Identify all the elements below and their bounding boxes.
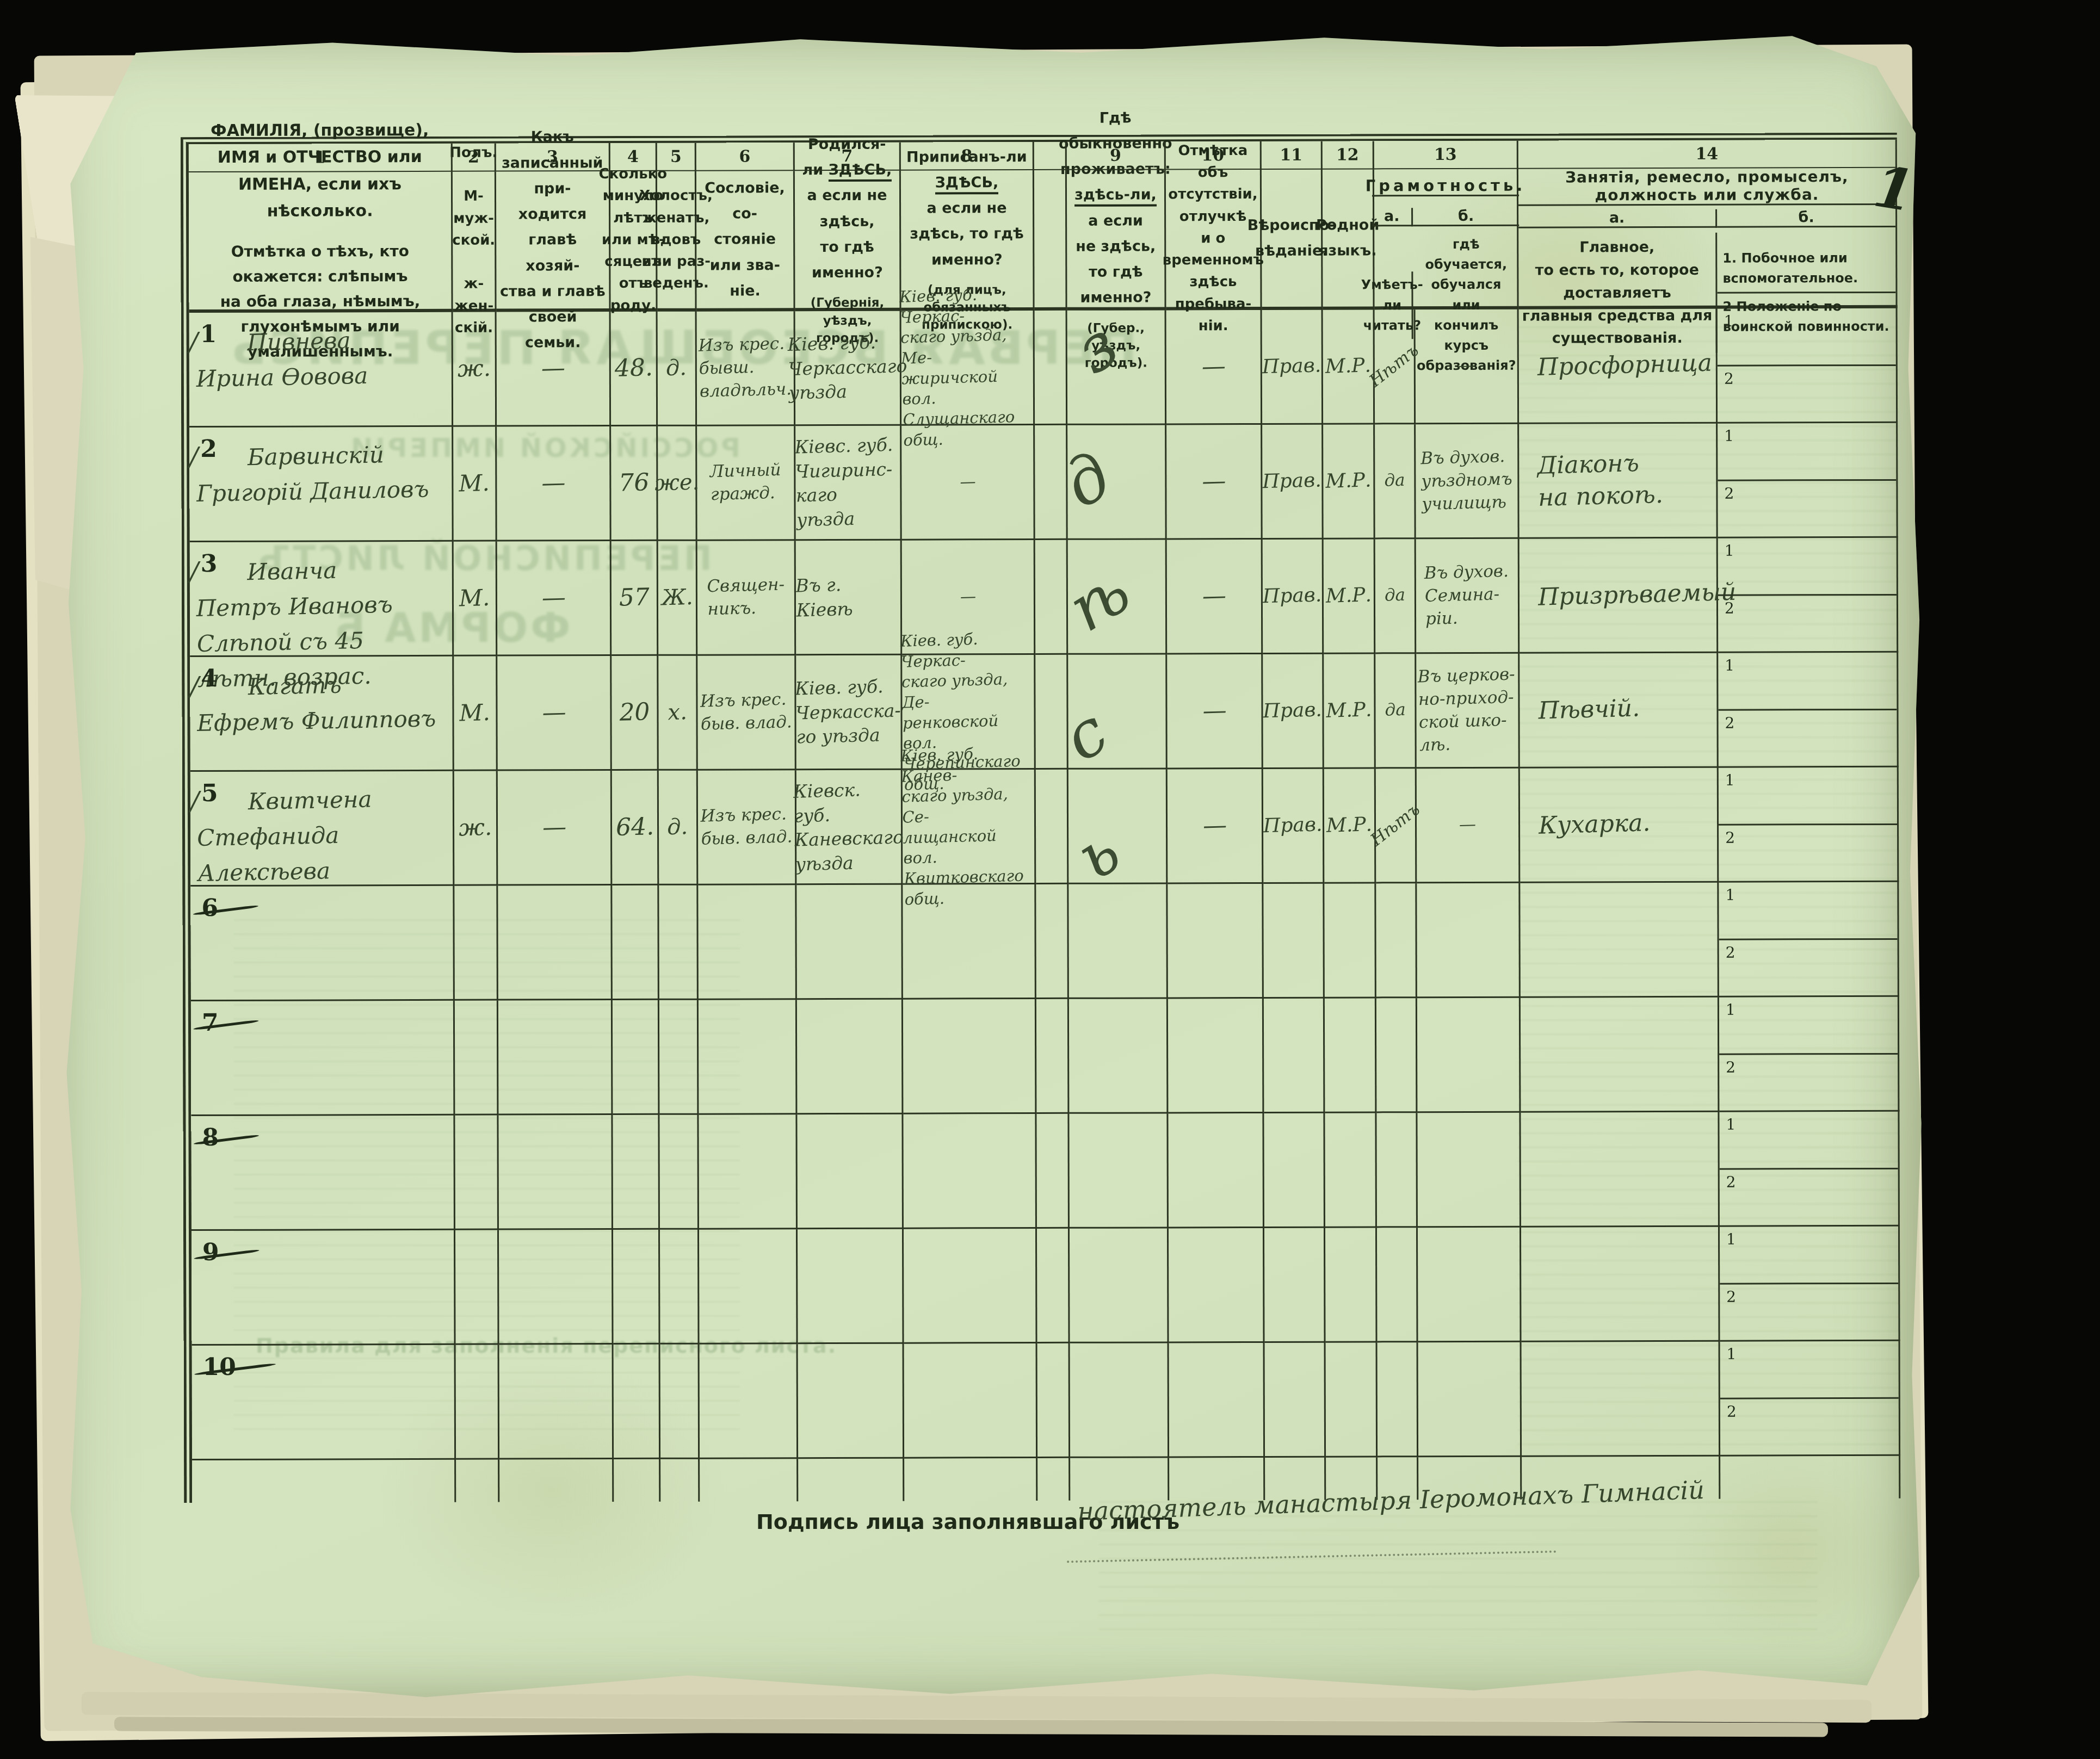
row-4-born: Кіев. губ. Черкасска- го уѣзда [796, 655, 903, 771]
row-9-gap [1037, 1229, 1070, 1343]
row-4-age: 20 [612, 656, 659, 771]
row-10-registered [904, 1343, 1038, 1459]
row-10-marital [660, 1345, 700, 1459]
row-7-occupation [1521, 998, 1720, 1113]
row-number: 9 [202, 1238, 219, 1266]
row-1-sex: ж. [453, 312, 497, 427]
row-5-age: 64. [612, 771, 659, 885]
cell-value-marital: х. [668, 697, 688, 727]
row-10-relation [499, 1345, 614, 1460]
row-9-born [798, 1229, 904, 1345]
cell-value-absence: — [1202, 809, 1227, 843]
row-9-language [1325, 1228, 1378, 1342]
column-number-8: 8 [901, 142, 1034, 171]
column-number-9: 9 [1067, 141, 1166, 170]
person-name: Кагатъ Ефремъ Филипповъ [189, 654, 453, 741]
cell-value-age: 57 [619, 581, 650, 615]
row-5-born: Кіевск. губ. Каневскаго уѣзда [796, 770, 903, 885]
row-4-marital: х. [658, 656, 698, 771]
row-5-occupation: Кухарка. [1520, 768, 1719, 883]
row-9-estate [699, 1229, 798, 1344]
column-number-4: 4 [610, 143, 657, 171]
cell-value-born: Кіев. губ. Черкасскаго уѣзда [787, 330, 908, 406]
side-sub-cell-1: 1 [1718, 653, 1897, 710]
row-1-reads: Нѣтъ [1375, 309, 1416, 424]
census-table: ФАМИЛІЯ, (прозвище), ИМЯ и ОТЧЕСТВО или … [181, 133, 1901, 1503]
side-sub-label: 1 [1725, 542, 1734, 560]
row-9-education [1418, 1228, 1522, 1342]
side-sub-cell-2: 2 [1720, 1284, 1898, 1340]
row-8-religion [1264, 1113, 1325, 1228]
cell-value-born: Кіев. губ. Черкасска- го уѣзда [795, 674, 902, 750]
row-6-religion [1263, 884, 1325, 999]
row-4-education: Въ церков- но-приход- ской шко- лѣ. [1416, 654, 1520, 769]
column-number-7: 7 [795, 143, 901, 171]
cell-value-religion: Прав. [1262, 352, 1322, 381]
row-6-marital [659, 885, 699, 1000]
row-2-registered: — [901, 425, 1035, 541]
column-number-10: 10 [1166, 141, 1262, 170]
column-header-religion: Вѣроиспо- вѣданіе. [1262, 170, 1323, 310]
row-8-occupation [1521, 1112, 1720, 1228]
column-header-relation: Какъ записанный при- ходится главѣ хозяй… [496, 171, 611, 312]
row-7-reads [1376, 998, 1418, 1113]
row-4-language: М.Р. [1324, 654, 1376, 769]
row-3-born: Въ г. Кіевѣ [796, 541, 903, 656]
row-2-born: Кіевс. губ. Чигиринс- каго уѣзда [795, 426, 902, 541]
header-occupation-b1: 1. Побочное или вспомогательное. [1717, 245, 1895, 294]
cell-value-relation: — [541, 696, 566, 729]
cell-value-language: М.Р. [1325, 352, 1371, 380]
row-5-relation: — [498, 771, 613, 886]
column-stub [1720, 1456, 1900, 1499]
row-7-estate [699, 1000, 798, 1114]
cell-value-relation: — [541, 581, 566, 615]
row-2-religion: Прав. [1262, 425, 1324, 540]
row-6-occupation [1520, 883, 1719, 998]
row-3-religion: Прав. [1263, 540, 1324, 654]
row-10-gap [1037, 1343, 1071, 1458]
cell-value-reads: да [1385, 699, 1406, 722]
row-8-language [1325, 1113, 1377, 1228]
side-sub-cell-1: 1 [1719, 997, 1898, 1055]
side-sub-cell-2: 2 [1718, 366, 1896, 422]
cell-value-relation: — [541, 352, 566, 385]
row-1-born: Кіев. губ. Черкасскаго уѣзда [795, 311, 902, 426]
cell-value-registered: — [960, 586, 976, 607]
cell-value-age: 76 [618, 467, 650, 500]
cell-value-occupation: Пѣвчій. [1520, 692, 1640, 728]
side-sub-label: 2 [1725, 714, 1735, 732]
cell-value-language: М.Р. [1326, 697, 1372, 724]
side-sub-label: 1 [1725, 656, 1734, 674]
row-10-reads [1378, 1342, 1419, 1457]
cell-value-reads: да [1384, 584, 1405, 608]
row-10-side-cell: 12 [1720, 1341, 1901, 1457]
row-10-sex [456, 1345, 500, 1460]
row-10-born [798, 1344, 905, 1459]
column-header-spacer [1034, 170, 1067, 311]
row-8-resides [1069, 1113, 1169, 1228]
row-7-relation [498, 1000, 613, 1116]
header-res-here: здѣсь-ли, [1074, 187, 1157, 207]
cell-value-language: М.Р. [1325, 467, 1372, 495]
row-7-side-cell: 12 [1719, 997, 1900, 1112]
row-3-name-cell: ∕3Иванча Петръ Ивановъ Слѣпой съ 45 лѣтн… [190, 542, 454, 657]
row-2-age: 76 [611, 426, 658, 541]
row-8-absence [1168, 1113, 1264, 1228]
cell-value-age: 64. [615, 810, 654, 844]
row-10-education [1418, 1342, 1522, 1457]
row-8-side-cell: 12 [1719, 1112, 1900, 1227]
cell-value-religion: Прав. [1263, 582, 1323, 610]
side-sub-label: 1 [1724, 312, 1734, 330]
row-7-registered [903, 999, 1037, 1114]
row-8-estate [699, 1114, 798, 1229]
side-sub-label: 1 [1725, 886, 1735, 904]
row-4-relation: — [497, 656, 612, 771]
row-6-sex [454, 886, 498, 1001]
column-stub [904, 1458, 1037, 1501]
cell-value-occupation: Просфорница [1518, 347, 1713, 385]
row-1-absence: — [1166, 310, 1263, 425]
column-header-birthplace: Родился-ли ЗДѢСЬ, а если не здѣсь, то гд… [795, 171, 901, 312]
row-2-occupation: Діаконъ на покоѣ. [1519, 424, 1718, 539]
side-sub-cell-2: 2 [1720, 1169, 1898, 1225]
header-literacy-title: Грамотность. [1372, 176, 1519, 196]
cell-value-marital: Ж. [661, 583, 693, 613]
row-number: 6 [201, 894, 218, 922]
row-3-side-cell: 12 [1718, 538, 1899, 653]
row-number: 8 [202, 1124, 219, 1151]
row-8-gap [1036, 1114, 1070, 1229]
row-8-education [1417, 1113, 1521, 1228]
row-3-estate: Священ- никъ. [697, 541, 796, 655]
resides-overlay-letter: ѣ [1058, 557, 1140, 641]
side-sub-cell-1: 1 [1720, 1227, 1898, 1284]
cell-value-sex: ж. [457, 353, 491, 385]
side-sub-label: 2 [1725, 599, 1734, 617]
row-10-religion [1265, 1343, 1326, 1458]
header-occupation-title: Занятія, ремесло, промыселъ, должность и… [1518, 167, 1895, 206]
row-1-occupation: Просфорница [1519, 309, 1718, 424]
cell-value-absence: — [1201, 350, 1226, 383]
row-8-reads [1376, 1113, 1418, 1228]
cell-value-occupation: Діаконъ на покоѣ. [1518, 446, 1664, 515]
row-7-sex [455, 1001, 499, 1116]
column-header-estate: Сословіе, со- стояніе или зва- ніе. [696, 171, 795, 311]
row-7-age [613, 1000, 660, 1115]
row-3-marital: Ж. [658, 541, 698, 656]
side-sub-cell-1: 1 [1718, 538, 1897, 596]
row-4-religion: Прав. [1263, 654, 1324, 769]
row-5-name-cell: ∕5Квитчена Стефанида Алексѣева [190, 771, 455, 887]
row-4-side-cell: 12 [1718, 653, 1899, 768]
side-sub-label: 2 [1726, 1287, 1736, 1305]
cell-value-sex: М. [459, 583, 490, 614]
row-7-religion [1264, 999, 1325, 1113]
census-sheet-page: ПЕРВАЯ ВСЕОБЩАЯ ПЕРЕПИСЬ РОССІЙСКОЙ ИМПЕ… [52, 33, 1923, 1711]
row-5-language: М.Р. [1324, 769, 1376, 883]
row-5-sex: ж. [454, 771, 498, 886]
column-number-12: 12 [1323, 141, 1374, 169]
side-sub-cell-1: 1 [1718, 308, 1896, 366]
row-1-education: — [1416, 309, 1520, 424]
row-5-absence: — [1168, 769, 1264, 884]
row-2-side-cell: 12 [1718, 423, 1898, 538]
side-sub-label: 2 [1726, 943, 1735, 961]
column-number-5: 5 [657, 143, 696, 171]
cell-value-marital: же. [654, 468, 699, 498]
side-sub-cell-1: 1 [1719, 1112, 1898, 1169]
row-9-registered [904, 1229, 1037, 1344]
row-4-occupation: Пѣвчій. [1520, 653, 1719, 769]
row-3-relation: — [497, 541, 612, 656]
row-10-language [1326, 1342, 1378, 1457]
cell-value-religion: Прав. [1263, 697, 1323, 725]
column-number-6: 6 [696, 143, 795, 171]
row-7-born [797, 1000, 904, 1115]
side-sub-cell-1: 1 [1718, 423, 1896, 481]
column-stub [700, 1459, 798, 1501]
row-5-estate: Изъ крес. быв. влад. [698, 770, 797, 885]
side-sub-cell-2: 2 [1719, 825, 1897, 881]
side-sub-label: 1 [1726, 1230, 1736, 1248]
row-5-reads: Нѣтъ [1376, 769, 1417, 883]
row-6-estate [698, 885, 797, 1000]
row-6-gap [1036, 884, 1069, 999]
side-sub-cell-2: 2 [1719, 939, 1898, 995]
cell-value-age: 48. [614, 351, 653, 385]
cell-value-education: Въ духов. уѣздномъ училищѣ [1420, 445, 1514, 516]
row-5-education: — [1417, 769, 1521, 883]
row-6-side-cell: 12 [1719, 882, 1899, 998]
row-9-marital [660, 1230, 700, 1345]
cell-value-estate: Личный гражд. [709, 459, 782, 506]
side-sub-label: 1 [1724, 427, 1734, 445]
cell-value-education: Въ церков- но-приход- ской шко- лѣ. [1417, 664, 1517, 757]
column-number-2: 2 [453, 144, 496, 172]
side-sub-cell-2: 2 [1718, 710, 1897, 766]
header-born-rest: а если не здѣсь, то гдѣ именно? [798, 183, 896, 286]
scanned-book-stage: ПЕРВАЯ ВСЕОБЩАЯ ПЕРЕПИСЬ РОССІЙСКОЙ ИМПЕ… [0, 0, 2100, 1759]
row-8-marital [659, 1115, 699, 1230]
cell-value-registered: — [959, 472, 975, 492]
side-sub-cell-2: 2 [1718, 595, 1897, 651]
row-4-estate: Изъ крес. быв. влад. [697, 655, 796, 770]
row-7-gap [1036, 999, 1070, 1114]
handwritten-page-number: 11 [1869, 152, 1964, 232]
column-header-name: ФАМИЛІЯ, (прозвище), ИМЯ и ОТЧЕСТВО или … [189, 172, 453, 313]
row-8-registered [903, 1114, 1037, 1229]
row-8-born [797, 1114, 904, 1230]
cell-value-born: Кіевс. губ. Чигиринс- каго уѣзда [794, 432, 901, 532]
row-7-marital [659, 1000, 699, 1115]
column-number-1: 1 [189, 144, 453, 172]
row-5-religion: Прав. [1263, 769, 1325, 884]
cell-value-relation: — [541, 467, 566, 500]
row-1-age: 48. [611, 312, 658, 426]
side-sub-cell-1: 1 [1719, 767, 1897, 825]
row-6-education [1417, 883, 1521, 998]
row-4-name-cell: ∕4Кагатъ Ефремъ Филипповъ [190, 656, 454, 772]
cell-value-religion: Прав. [1262, 467, 1322, 496]
row-7-absence [1168, 999, 1264, 1113]
column-header-literacy: Грамотность. а. б. Умѣетъ- ли читать? гд… [1374, 169, 1519, 310]
column-header-sex: Полъ. М-муж- ской. ж-жен- скій. [453, 172, 497, 312]
side-sub-cell-1: 1 [1720, 1341, 1899, 1399]
header-literacy-a-label: а. [1372, 208, 1413, 226]
row-9-age [613, 1230, 660, 1345]
cell-value-absence: — [1202, 580, 1227, 613]
row-6-age [612, 885, 659, 1000]
row-5-registered: Кіев. губ. Канев- скаго уѣзда, Се- лищан… [903, 770, 1036, 885]
side-sub-label: 2 [1726, 1173, 1736, 1191]
row-number: 10 [203, 1353, 236, 1381]
cell-value-language: М.Р. [1326, 812, 1372, 839]
row-9-religion [1264, 1228, 1326, 1343]
side-sub-cell-2: 2 [1720, 1398, 1899, 1454]
row-4-absence: — [1167, 654, 1263, 769]
row-9-resides [1070, 1228, 1169, 1343]
row-5-side-cell: 12 [1719, 767, 1899, 883]
row-6-registered [903, 884, 1036, 1000]
side-sub-cell-1: 1 [1719, 882, 1897, 940]
cell-value-religion: Прав. [1263, 812, 1323, 840]
row-2-reads: да [1375, 424, 1416, 539]
column-number-11: 11 [1262, 141, 1323, 170]
side-sub-cell-2: 2 [1719, 1054, 1898, 1110]
side-sub-label: 2 [1724, 484, 1734, 502]
side-sub-label: 2 [1726, 1058, 1735, 1076]
header-reg-here: ЗДѢСЬ, [935, 174, 999, 194]
row-1-relation: — [497, 312, 612, 427]
column-stub [614, 1459, 660, 1502]
cell-value-age: 20 [619, 696, 650, 729]
row-7-education [1417, 998, 1521, 1113]
row-10-age [614, 1345, 661, 1459]
row-3-language: М.Р. [1324, 539, 1376, 654]
row-8-age [613, 1115, 660, 1230]
row-8-relation [498, 1115, 613, 1230]
row-2-name-cell: ∕2Барвинскій Григорій Даниловъ [189, 427, 454, 542]
row-1-language: М.Р. [1323, 309, 1375, 424]
row-3-age: 57 [612, 541, 659, 656]
cell-value-estate: Изъ крес. быв. влад. [700, 803, 793, 851]
row-4-reads: да [1375, 654, 1417, 769]
row-1-religion: Прав. [1262, 310, 1324, 425]
resides-overlay-letter: ь [1066, 817, 1130, 890]
column-number-13: 13 [1374, 141, 1518, 170]
cell-value-born: Кіевск. губ. Каневскаго уѣзда [793, 777, 905, 877]
cell-value-estate: Изъ крес. быв. влад. [700, 688, 793, 736]
row-9-relation [499, 1230, 614, 1345]
cell-value-occupation: Призрѣваемый [1519, 576, 1737, 614]
row-2-estate: Личный гражд. [697, 426, 796, 541]
column-header-marital: Холостъ, женатъ, вдовъ или раз- веденъ. [657, 171, 697, 312]
header-res-rest: а если не здѣсь, то гдѣ именно? [1076, 212, 1156, 306]
column-stub [798, 1459, 904, 1502]
row-10-name-cell: 10 [192, 1345, 456, 1460]
cell-value-born: Въ г. Кіевѣ [795, 572, 901, 623]
cell-value-language: М.Р. [1325, 582, 1372, 610]
person-name: Квитчена Стефанида Алексѣева [189, 769, 454, 891]
row-4-sex: М. [454, 656, 498, 771]
column-stub [1037, 1458, 1070, 1501]
row-7-language [1325, 998, 1377, 1113]
column-stub [192, 1460, 456, 1503]
column-stub [499, 1459, 614, 1502]
row-9-name-cell: 9 [192, 1230, 456, 1346]
cell-value-sex: ж. [458, 812, 492, 844]
row-3-education: Въ духов. Семина- ріи. [1416, 539, 1520, 654]
row-5-marital: д. [659, 771, 699, 885]
row-number: 7 [202, 1009, 219, 1037]
row-9-reads [1377, 1228, 1418, 1342]
row-1-estate: Изъ крес. бывш. владѣльч. [697, 311, 796, 426]
column-number-3: 3 [496, 143, 610, 172]
row-9-sex [455, 1230, 499, 1345]
row-6-absence [1168, 884, 1264, 999]
cell-value-education: — [1459, 814, 1476, 837]
row-6-reads [1376, 883, 1417, 998]
cell-value-absence: — [1202, 695, 1227, 728]
cell-value-relation: — [542, 811, 567, 844]
row-6-name-cell: 6 [190, 886, 455, 1001]
row-1-name-cell: ∕1Пивнева Ирина Ѳовова [189, 312, 454, 428]
side-sub-label: 2 [1727, 1402, 1737, 1420]
row-10-estate [700, 1344, 799, 1459]
resides-overlay-letter: д [1053, 442, 1121, 518]
row-10-resides [1070, 1343, 1170, 1458]
row-6-language [1324, 883, 1376, 998]
resides-overlay-letter: з [1064, 311, 1128, 384]
cell-value-marital: д. [666, 353, 688, 383]
row-1-registered: Кіев. губ. Черкас- скаго уѣзда, Ме- жири… [901, 311, 1035, 426]
column-number-spacer [1034, 142, 1067, 170]
cell-value-estate: Изъ крес. бывш. владѣльч. [699, 332, 792, 403]
side-sub-label: 1 [1725, 771, 1735, 789]
header-literacy-b-label: б. [1413, 208, 1519, 227]
header-occupation-b-label: б. [1717, 209, 1895, 228]
person-name: Пивнева Ирина Ѳовова [188, 310, 452, 397]
header-occupation-a-label: а. [1518, 209, 1717, 228]
row-1-marital: д. [658, 312, 697, 426]
row-2-sex: М. [453, 427, 497, 542]
column-stub [660, 1459, 700, 1502]
row-9-absence [1169, 1228, 1265, 1343]
cell-value-occupation: Кухарка. [1520, 807, 1651, 843]
row-2-language: М.Р. [1323, 424, 1375, 539]
row-10-occupation [1522, 1342, 1721, 1457]
column-stub [456, 1460, 499, 1502]
cell-value-estate: Священ- никъ. [707, 574, 786, 622]
row-2-marital: же. [658, 426, 697, 541]
column-header-occupation: Занятія, ремесло, промыселъ, должность и… [1518, 168, 1898, 309]
column-number-14: 14 [1518, 140, 1897, 169]
row-6-relation [498, 885, 613, 1001]
row-1-side-cell: 12 [1718, 308, 1898, 424]
row-9-occupation [1521, 1227, 1720, 1342]
row-6-born [796, 885, 903, 1000]
row-3-reads: да [1375, 539, 1417, 654]
cell-value-marital: д. [667, 812, 689, 842]
side-sub-label: 2 [1724, 369, 1734, 387]
side-sub-label: 1 [1726, 1116, 1735, 1134]
resides-here-overlay: здѣсь [1045, 315, 1148, 887]
cell-value-sex: М. [459, 468, 490, 499]
row-2-relation: — [497, 426, 612, 542]
